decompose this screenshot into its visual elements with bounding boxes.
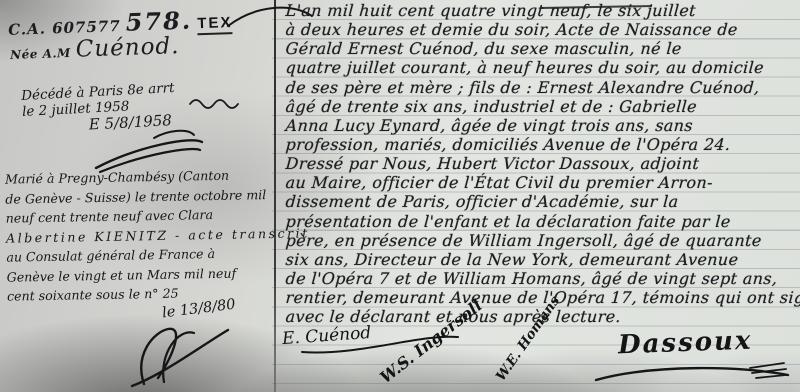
squiggle-mark	[188, 96, 248, 110]
act-line: profession, mariés, domiciliés Avenue de…	[285, 135, 798, 154]
paraph-signature-1980	[112, 322, 236, 390]
act-line: présentation de l'enfant et la déclarati…	[285, 212, 798, 231]
death-note-line3: E 5/8/1958	[88, 112, 176, 133]
act-line: de ses père et mère ; fils de : Ernest A…	[285, 78, 798, 97]
margin-name-note: Née A.M Cuénod.	[10, 33, 180, 65]
name-surname: Cuénod.	[75, 33, 180, 63]
margin-death-note: Décédé à Paris 8e arrt le 2 juillet 1958…	[21, 80, 177, 136]
act-line: L'an mil huit cent quatre vingt neuf, le…	[285, 1, 798, 20]
signature-officiel: Dassoux	[618, 326, 753, 361]
act-line: âgé de trente six ans, industriel et de …	[285, 97, 798, 116]
signature-officiel-flourish	[592, 360, 794, 386]
act-line: Gérald Ernest Cuénod, du sexe masculin, …	[285, 39, 798, 58]
birth-act-text: L'an mil huit cent quatre vingt neuf, le…	[285, 1, 797, 326]
act-line: dissement de Paris, officier d'Académie,…	[285, 192, 798, 211]
marriage-line: cent soixante sous le n° 25	[7, 281, 311, 306]
name-prefix: Née A.M	[10, 46, 71, 62]
scanned-birth-act-document: C.A. 607577 578. TEX Née A.M Cuénod. Déc…	[0, 0, 800, 392]
tex-stamp: TEX	[197, 14, 233, 35]
act-line: au Maire, officier de l'État Civil du pr…	[285, 173, 798, 192]
act-line: quatre juillet courant, à neuf heures du…	[285, 58, 798, 77]
margin-marriage-note: Marié à Pregny-Chambésy (Canton de Genèv…	[5, 164, 311, 306]
signature-cuenod: E. Cuénod	[281, 323, 371, 349]
act-line: père, en présence de William Ingersoll, …	[285, 231, 798, 250]
act-line: six ans, Directeur de la New York, demeu…	[285, 250, 798, 269]
act-line: Anna Lucy Eynard, âgée de vingt trois an…	[285, 116, 798, 135]
act-line: à deux heures et demie du soir, Acte de …	[285, 20, 798, 39]
act-line: Dressé par Nous, Hubert Victor Dassoux, …	[285, 154, 798, 173]
act-line: de l'Opéra 7 et de William Homans, âgé d…	[285, 269, 798, 288]
reference-number: 578.	[125, 5, 192, 36]
